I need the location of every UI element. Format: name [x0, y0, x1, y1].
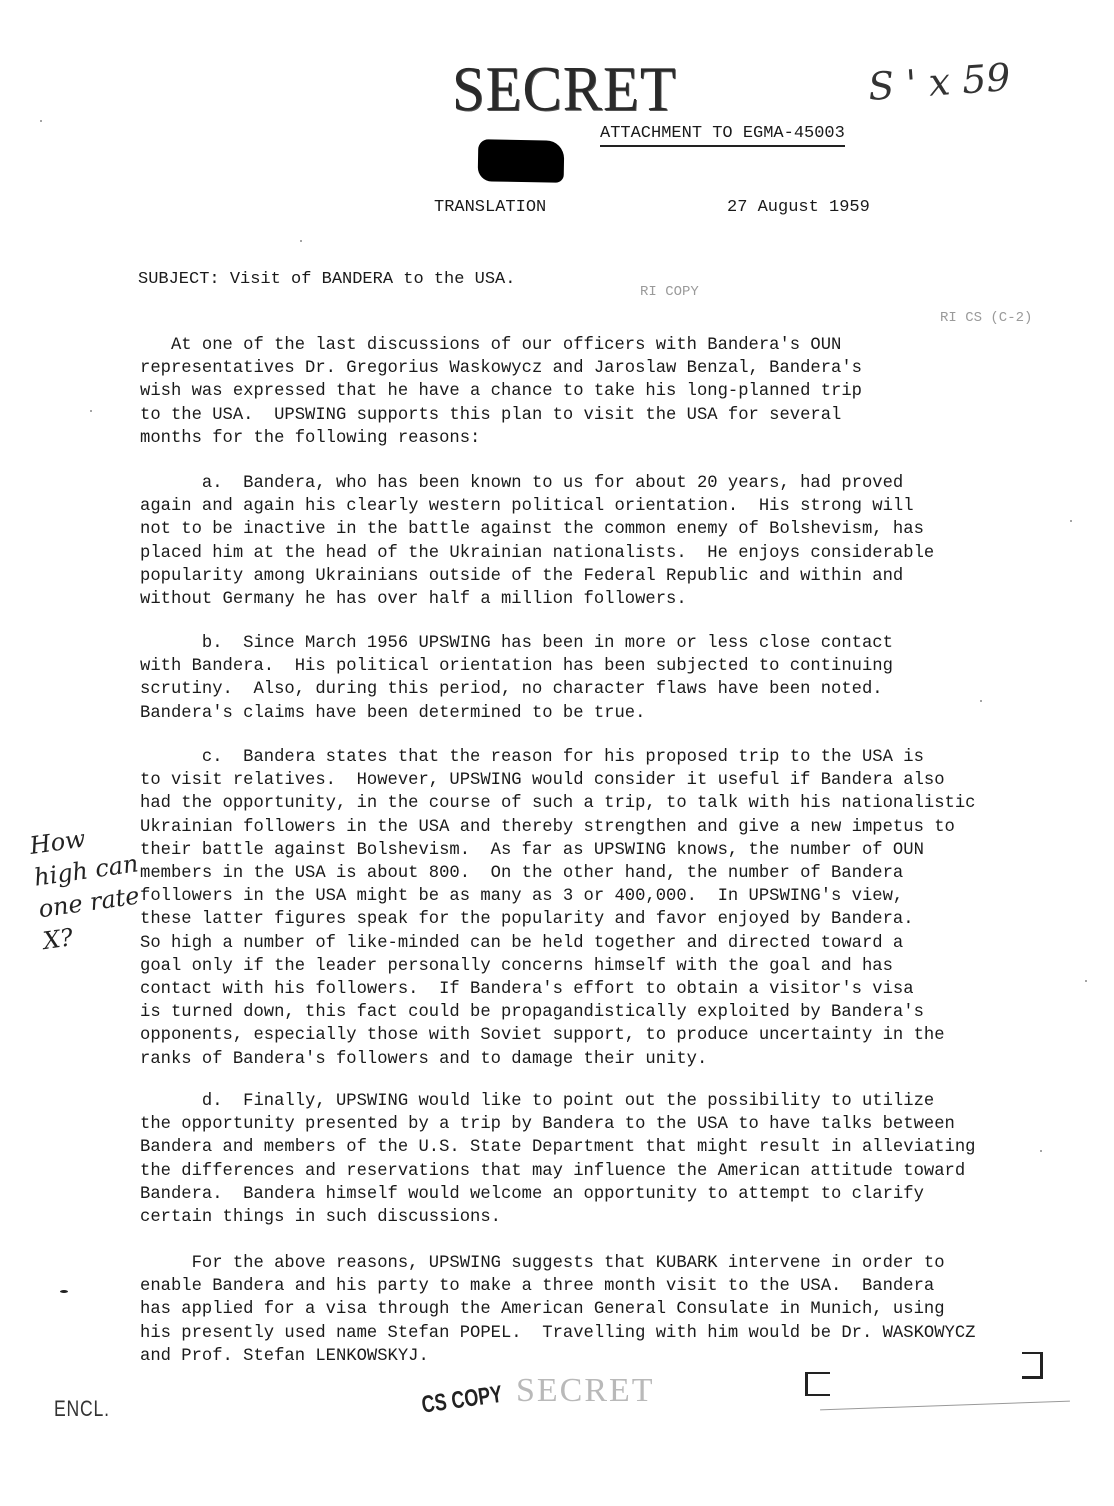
faint-routing-marking: RI CS (C-2): [940, 310, 1032, 326]
scan-noise: [1085, 980, 1087, 982]
scan-noise: [1040, 1150, 1042, 1152]
corner-bracket-mark: [805, 1372, 830, 1396]
handwritten-reference: S ' x 59: [867, 55, 1012, 109]
scan-noise: [300, 240, 302, 242]
scan-noise: [60, 1290, 68, 1293]
subject-line: SUBJECT: Visit of BANDERA to the USA.: [138, 270, 515, 289]
classification-stamp: SECRET: [452, 52, 677, 126]
cs-copy-stamp: CS COPY: [420, 1381, 504, 1420]
redaction-block: [478, 139, 565, 182]
faint-routing-marking: RI COPY: [640, 284, 699, 300]
intro-paragraph: At one of the last discussions of our of…: [140, 334, 1070, 450]
conclusion-paragraph: For the above reasons, UPSWING suggests …: [140, 1252, 1070, 1368]
enclosure-label: ENCL.: [54, 1396, 110, 1422]
document-date: 27 August 1959: [727, 198, 870, 217]
faint-secret-stamp: SECRET: [516, 1372, 655, 1410]
scan-noise: [980, 700, 982, 702]
paragraph-a: a. Bandera, who has been known to us for…: [140, 472, 1070, 611]
paragraph-c: c. Bandera states that the reason for hi…: [140, 746, 1070, 1071]
scan-noise: [40, 120, 42, 122]
document-type-label: TRANSLATION: [434, 198, 546, 217]
paragraph-d: d. Finally, UPSWING would like to point …: [140, 1090, 1070, 1229]
handwritten-margin-note: How high can one rate X?: [28, 815, 155, 957]
scan-noise: [90, 410, 92, 412]
scan-noise: [1070, 520, 1072, 522]
attachment-reference: ATTACHMENT TO EGMA-45003: [600, 124, 845, 147]
paragraph-b: b. Since March 1956 UPSWING has been in …: [140, 632, 1070, 725]
corner-bracket-mark: [1022, 1352, 1043, 1379]
scan-artifact-line: [820, 1401, 1070, 1411]
